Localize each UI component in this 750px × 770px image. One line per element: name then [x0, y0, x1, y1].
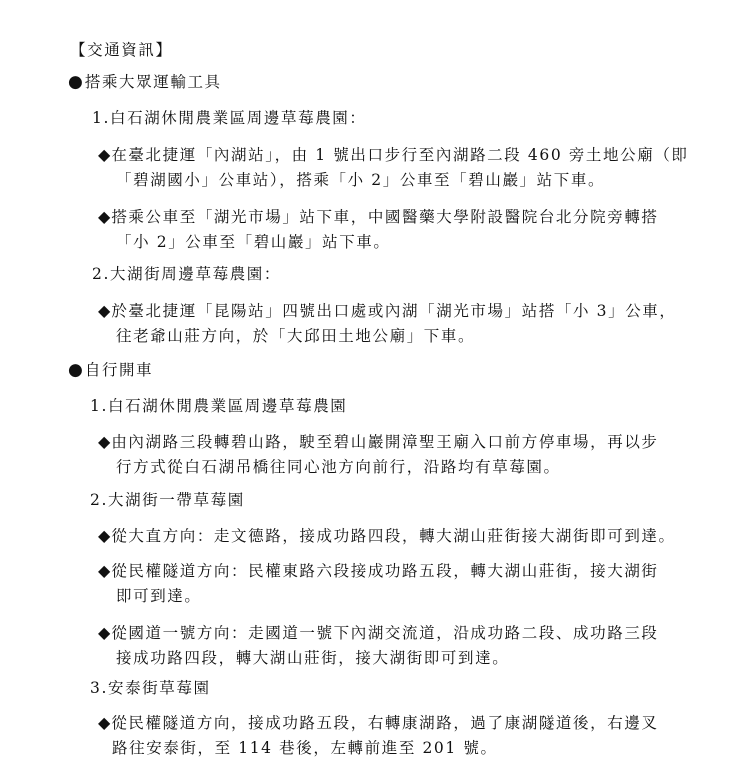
diamond-bullet-icon: ◆ — [98, 432, 110, 451]
item-label: 2.大湖街周邊草莓農園： — [92, 264, 281, 284]
bullet-line-cont: 「碧湖國小」公車站），搭乘「小 2」公車至「碧山巖」站下車。 — [116, 170, 605, 190]
bullet-line: ◆搭乘公車至「湖光市場」站下車，中國醫藥大學附設醫院台北分院旁轉搭 — [98, 207, 659, 227]
bullet-line-cont: 行方式從白石湖吊橋往同心池方向前行，沿路均有草莓園。 — [116, 457, 561, 477]
diamond-bullet-icon: ◆ — [98, 561, 110, 580]
bullet-line-cont: 即可到達。 — [116, 586, 202, 606]
bullet-line: ◆在臺北捷運「內湖站」，由 1 號出口步行至內湖路二段 460 旁土地公廟（即 — [98, 145, 689, 165]
item-label: 2.大湖街一帶草莓園 — [90, 490, 245, 510]
bullet-line: ◆從國道一號方向：走國道一號下內湖交流道，沿成功路二段、成功路三段 — [98, 623, 659, 643]
diamond-bullet-icon: ◆ — [98, 207, 110, 226]
diamond-bullet-icon: ◆ — [98, 713, 110, 732]
section-heading-driving: ●自行開車 — [68, 360, 153, 380]
diamond-bullet-icon: ◆ — [98, 623, 110, 642]
bullet-line-cont: 「小 2」公車至「碧山巖」站下車。 — [116, 232, 391, 252]
bullet-line-cont: 接成功路四段，轉大湖山莊街，接大湖街即可到達。 — [116, 648, 509, 668]
bullet-line: ◆由內湖路三段轉碧山路，駛至碧山巖開漳聖王廟入口前方停車場，再以步 — [98, 432, 659, 452]
bullet-line-cont: 路往安泰街，至 114 巷後，左轉前進至 201 號。 — [112, 738, 498, 758]
item-label: 1.白石湖休閒農業區周邊草莓農園： — [92, 108, 367, 128]
bullet-line: ◆從民權隧道方向：民權東路六段接成功路五段，轉大湖山莊街，接大湖街 — [98, 561, 659, 581]
bullet-line: ◆從大直方向：走文德路，接成功路四段，轉大湖山莊街接大湖街即可到達。 — [98, 526, 676, 546]
dot-bullet-icon: ● — [68, 72, 83, 92]
diamond-bullet-icon: ◆ — [98, 301, 110, 320]
section-heading-public-transport: ●搭乘大眾運輸工具 — [68, 72, 222, 92]
diamond-bullet-icon: ◆ — [98, 145, 110, 164]
item-label: 3.安泰街草莓園 — [90, 678, 211, 698]
diamond-bullet-icon: ◆ — [98, 526, 110, 545]
item-label: 1.白石湖休閒農業區周邊草莓農園 — [90, 396, 347, 416]
bullet-line-cont: 往老爺山莊方向，於「大邱田土地公廟」下車。 — [116, 326, 475, 346]
dot-bullet-icon: ● — [68, 360, 83, 380]
bullet-line: ◆從民權隧道方向，接成功路五段，右轉康湖路，過了康湖隧道後，右邊叉 — [98, 713, 659, 733]
bullet-line: ◆於臺北捷運「昆陽站」四號出口處或內湖「湖光市場」站搭「小 3」公車， — [98, 301, 677, 321]
doc-title: 【交通資訊】 — [70, 40, 173, 60]
